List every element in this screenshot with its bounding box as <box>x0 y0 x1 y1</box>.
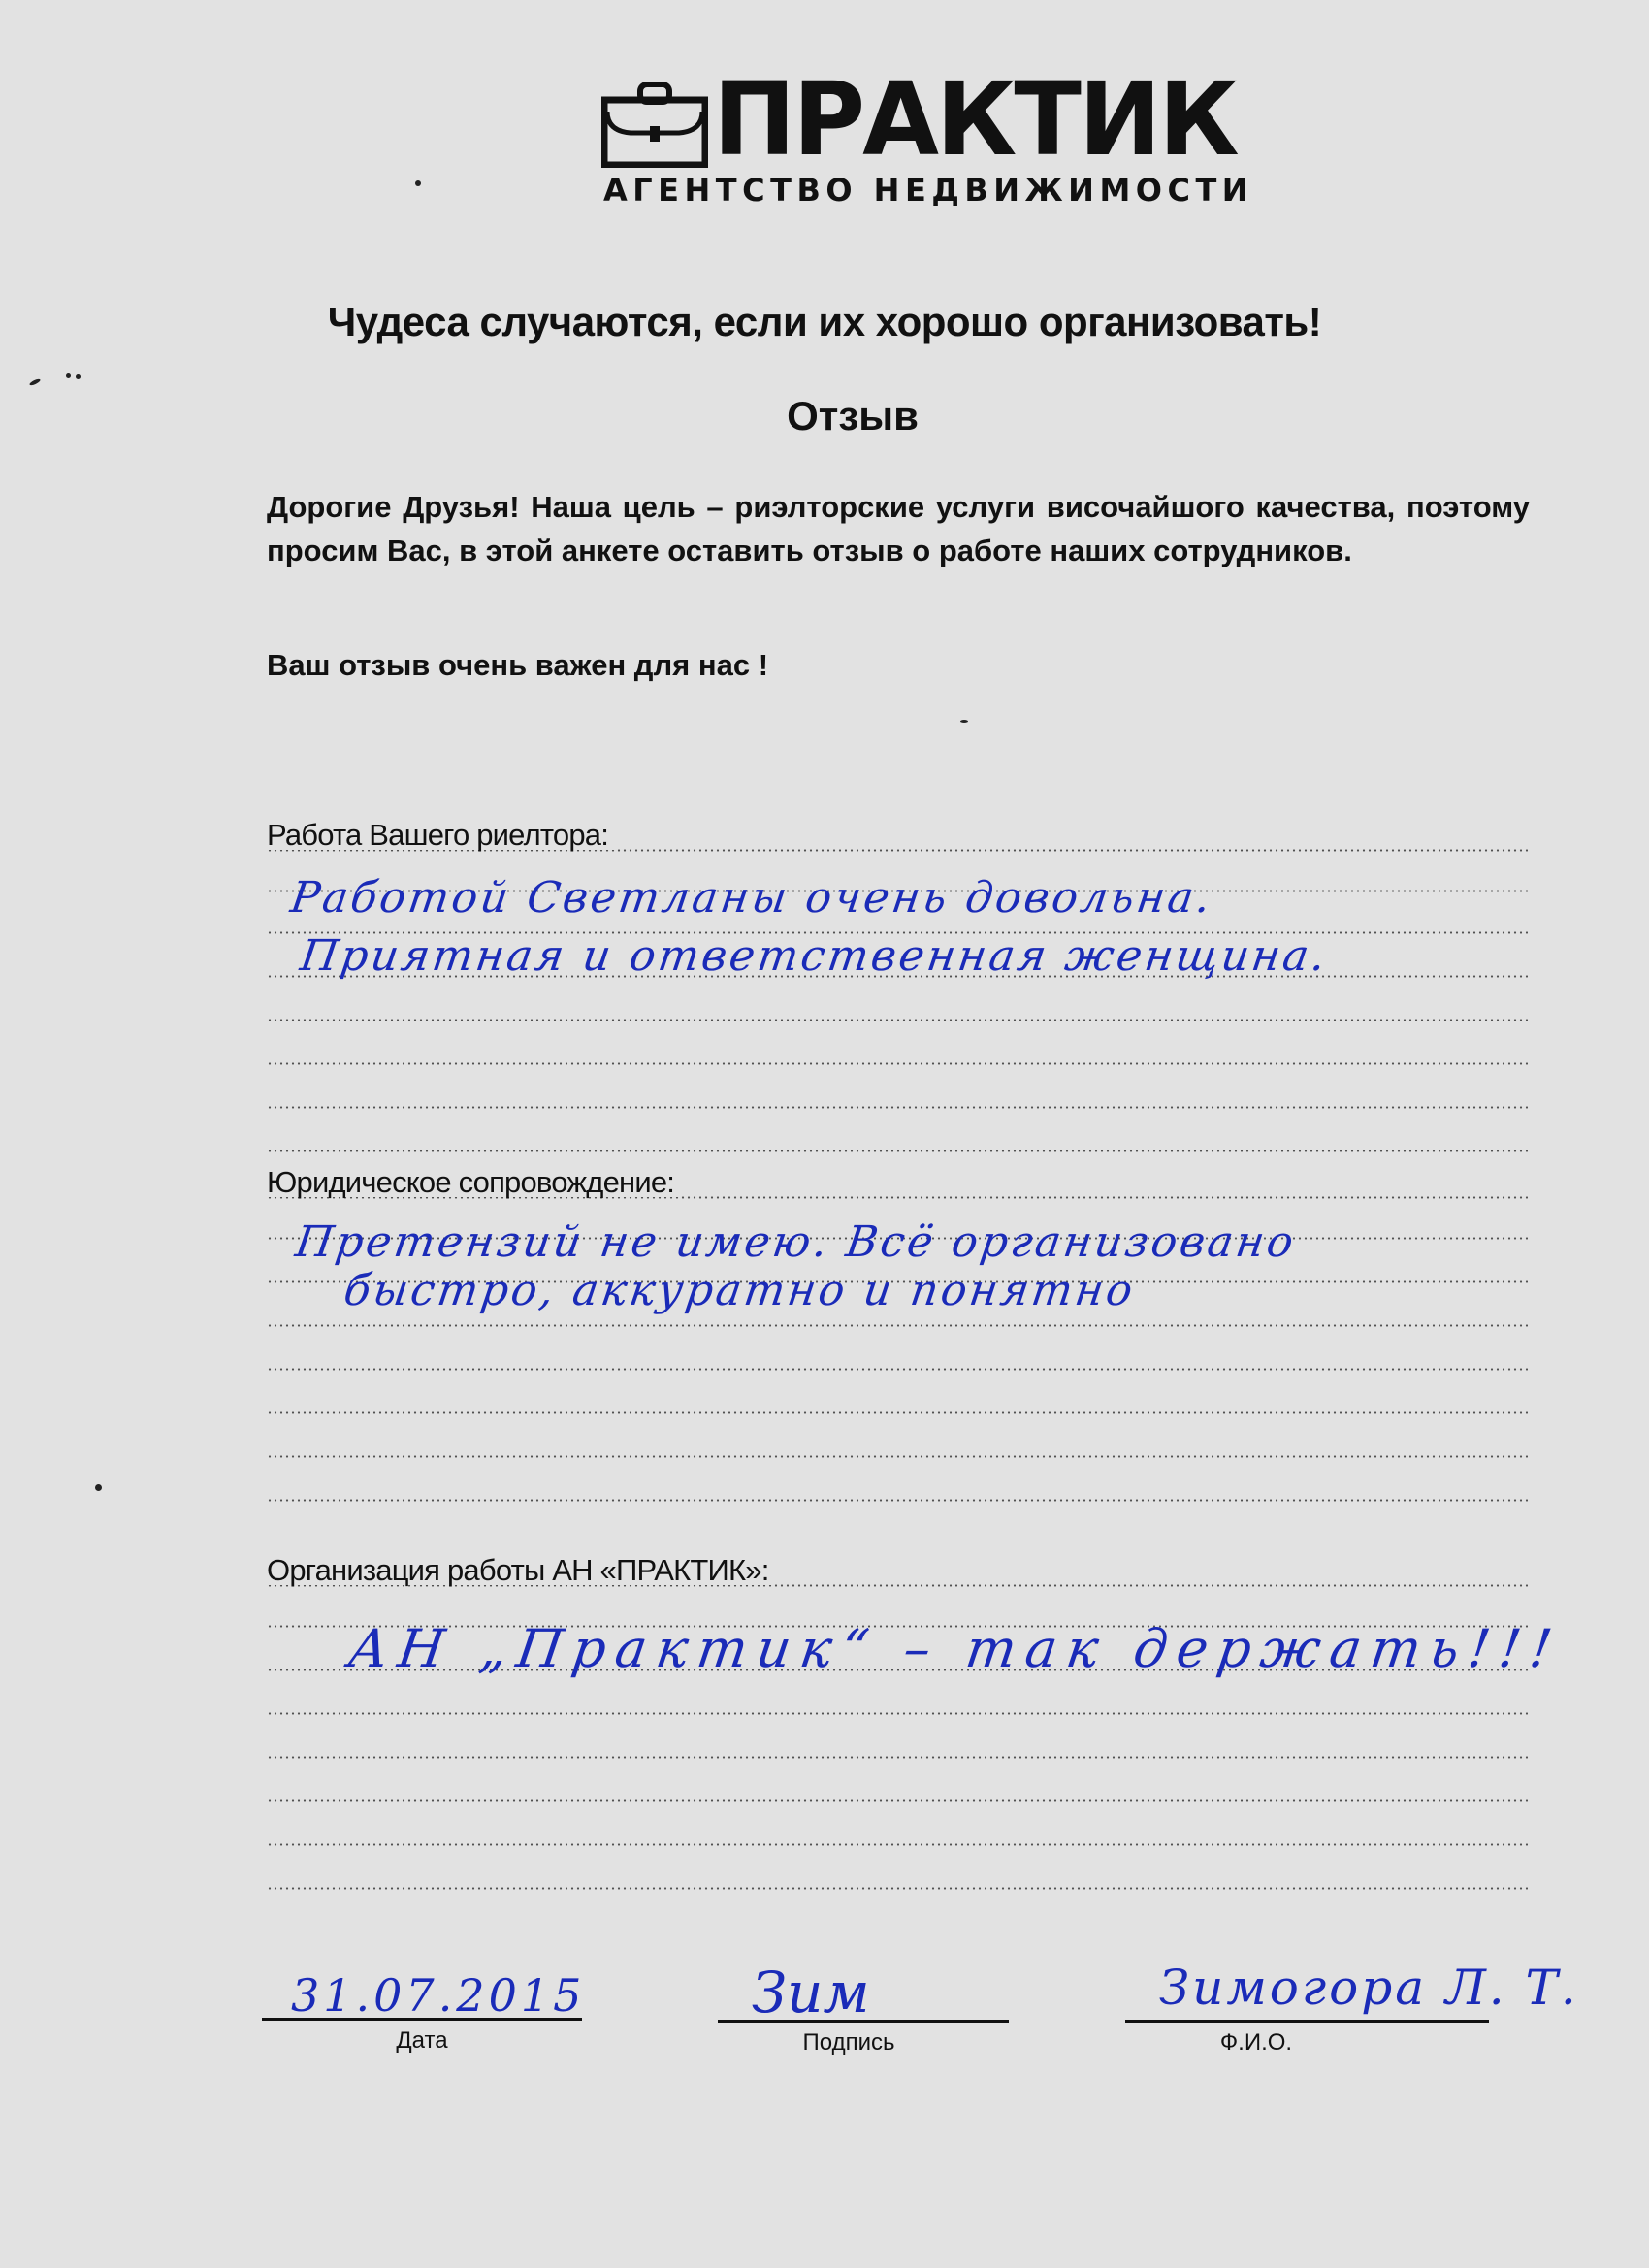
dotted-line <box>267 1799 1528 1802</box>
signature: Зим <box>752 1960 870 2025</box>
handwritten-answer-realtor-line1: Работой Светланы очень довольна. <box>287 873 1215 923</box>
scan-speck <box>95 1484 102 1491</box>
section-label-realtor: Работа Вашего риелтора: <box>267 820 614 850</box>
handwritten-full-name: Зимогора Л. Т. <box>1159 1960 1579 2016</box>
dotted-line <box>267 1843 1528 1846</box>
intro-important-note: Ваш отзыв очень важен для нас ! <box>267 648 768 683</box>
dotted-line <box>267 1062 1528 1065</box>
signature-caption: Подпись <box>718 2029 980 2057</box>
dotted-line <box>267 1499 1528 1502</box>
brand-subtitle: АГЕНТСТВО НЕДВИЖИМОСТИ <box>603 172 1253 209</box>
scan-speck <box>76 374 81 379</box>
full-name-caption: Ф.И.О. <box>1193 2029 1319 2057</box>
dotted-line <box>267 1324 1528 1327</box>
handwritten-answer-legal-line2: быстро, аккуратно и понятно <box>340 1266 1138 1315</box>
scan-speck <box>415 180 421 186</box>
handwritten-answer-legal-line1: Претензий не имею. Всё организовано <box>292 1217 1299 1267</box>
agency-logo: ПРАКТИК АГЕНТСТВО НЕДВИЖИМОСТИ <box>601 82 1203 209</box>
section-label-agency: Организация работы АН «ПРАКТИК»: <box>267 1555 775 1585</box>
dotted-line <box>267 1712 1528 1715</box>
dotted-line <box>267 1106 1528 1109</box>
dotted-line <box>267 1150 1528 1152</box>
dotted-line <box>267 1411 1528 1414</box>
brand-name: ПРАКТИК <box>713 69 1237 170</box>
signature-line <box>718 2020 1009 2023</box>
handwritten-answer-realtor-line2: Приятная и ответственная женщина. <box>297 931 1331 981</box>
dotted-line <box>267 1455 1528 1458</box>
handwritten-answer-agency: АН „Практик“ – так держать!!! <box>345 1618 1566 1679</box>
dotted-line <box>267 1368 1528 1371</box>
intro-paragraph: Дорогие Друзья! Наша цель – риэлторские … <box>267 485 1530 572</box>
scan-speck <box>29 378 42 387</box>
scan-speck <box>960 720 968 723</box>
date-caption: Дата <box>262 2027 582 2055</box>
dotted-line <box>267 1756 1528 1759</box>
scan-speck <box>66 373 71 378</box>
handwritten-date: 31.07.2015 <box>291 1969 585 2022</box>
dotted-line <box>267 1019 1528 1021</box>
slogan: Чудеса случаются, если их хорошо организ… <box>0 299 1649 345</box>
page-title: Отзыв <box>0 393 1649 439</box>
section-label-legal: Юридическое сопровождение: <box>267 1167 680 1197</box>
date-line <box>262 2018 582 2021</box>
full-name-line <box>1125 2020 1489 2023</box>
dotted-line <box>267 1887 1528 1890</box>
briefcase-icon <box>601 82 708 168</box>
